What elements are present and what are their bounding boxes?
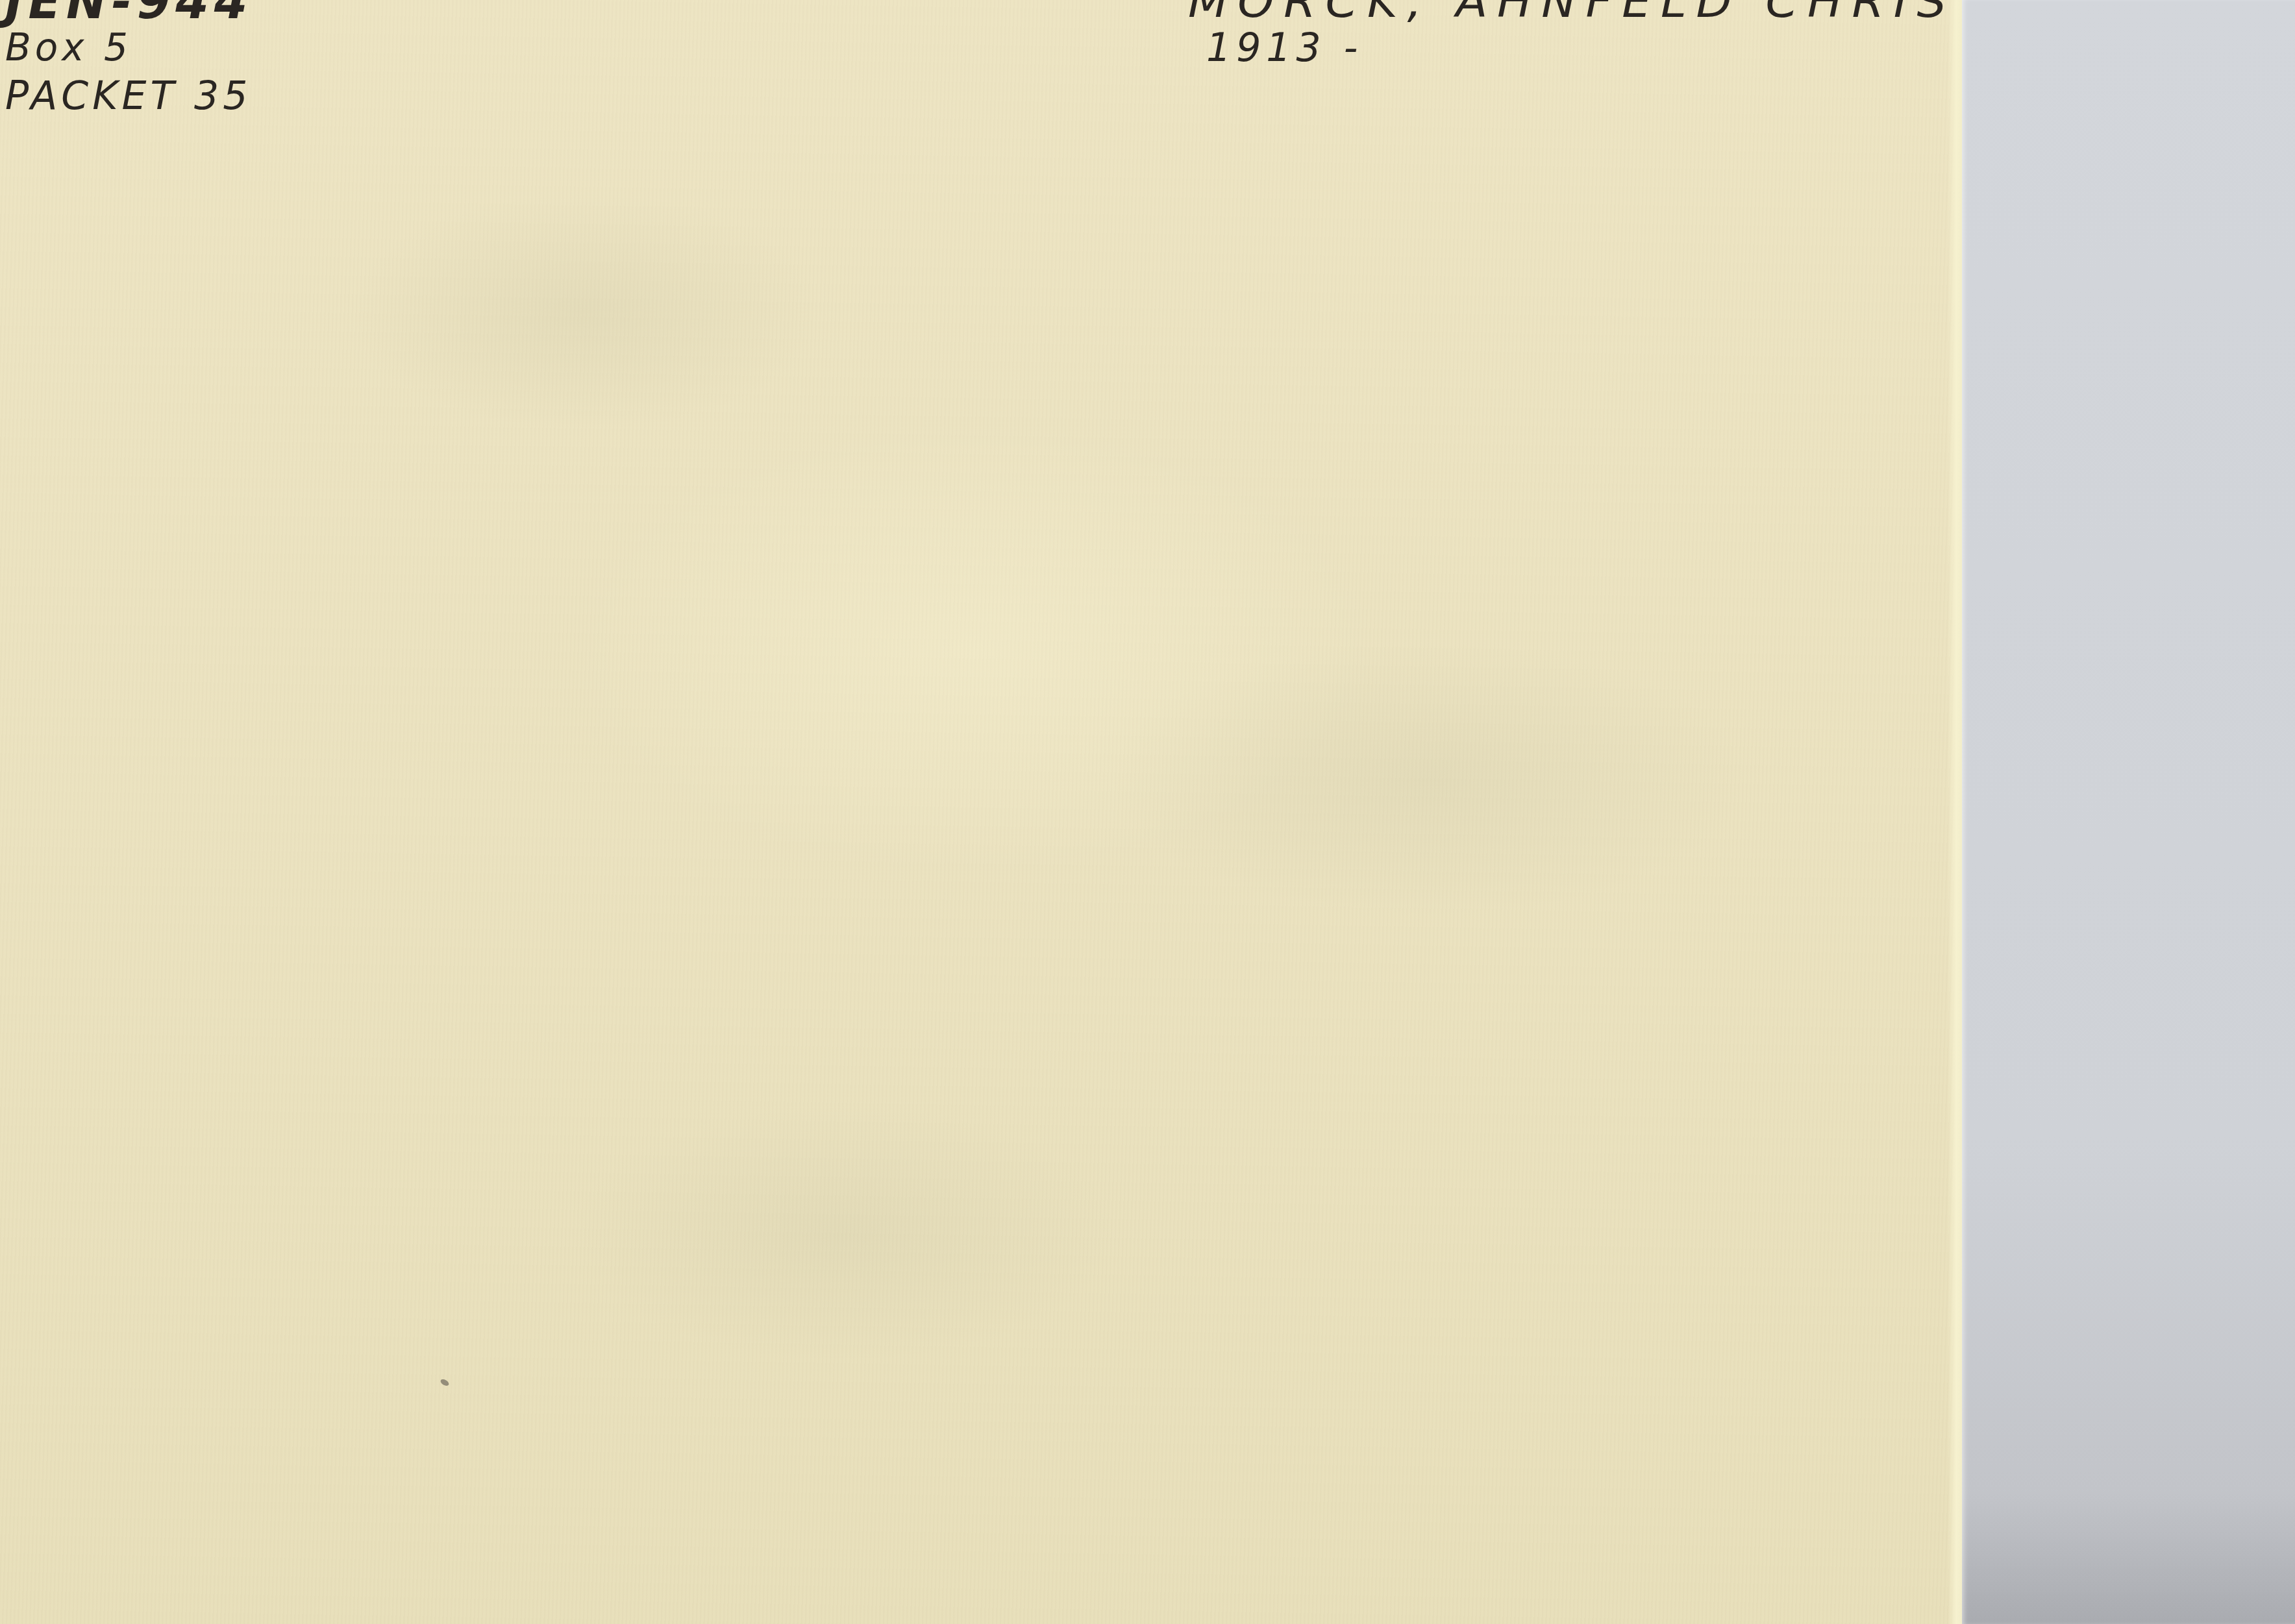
call-number-label: JEN-944 (5, 0, 253, 26)
paper-speck (440, 1378, 450, 1387)
years-label: 1913 - (1206, 29, 1363, 68)
packet-label: PACKET 35 (5, 77, 251, 116)
paper-edge (1948, 0, 1962, 1624)
scanned-page: JEN-944 Box 5 PACKET 35 MORCK, AHNFELD C… (0, 0, 2295, 1624)
box-label: Box 5 (5, 29, 132, 66)
scanner-bed-background (1962, 0, 2295, 1624)
paper-sheet: JEN-944 Box 5 PACKET 35 MORCK, AHNFELD C… (0, 0, 1962, 1624)
